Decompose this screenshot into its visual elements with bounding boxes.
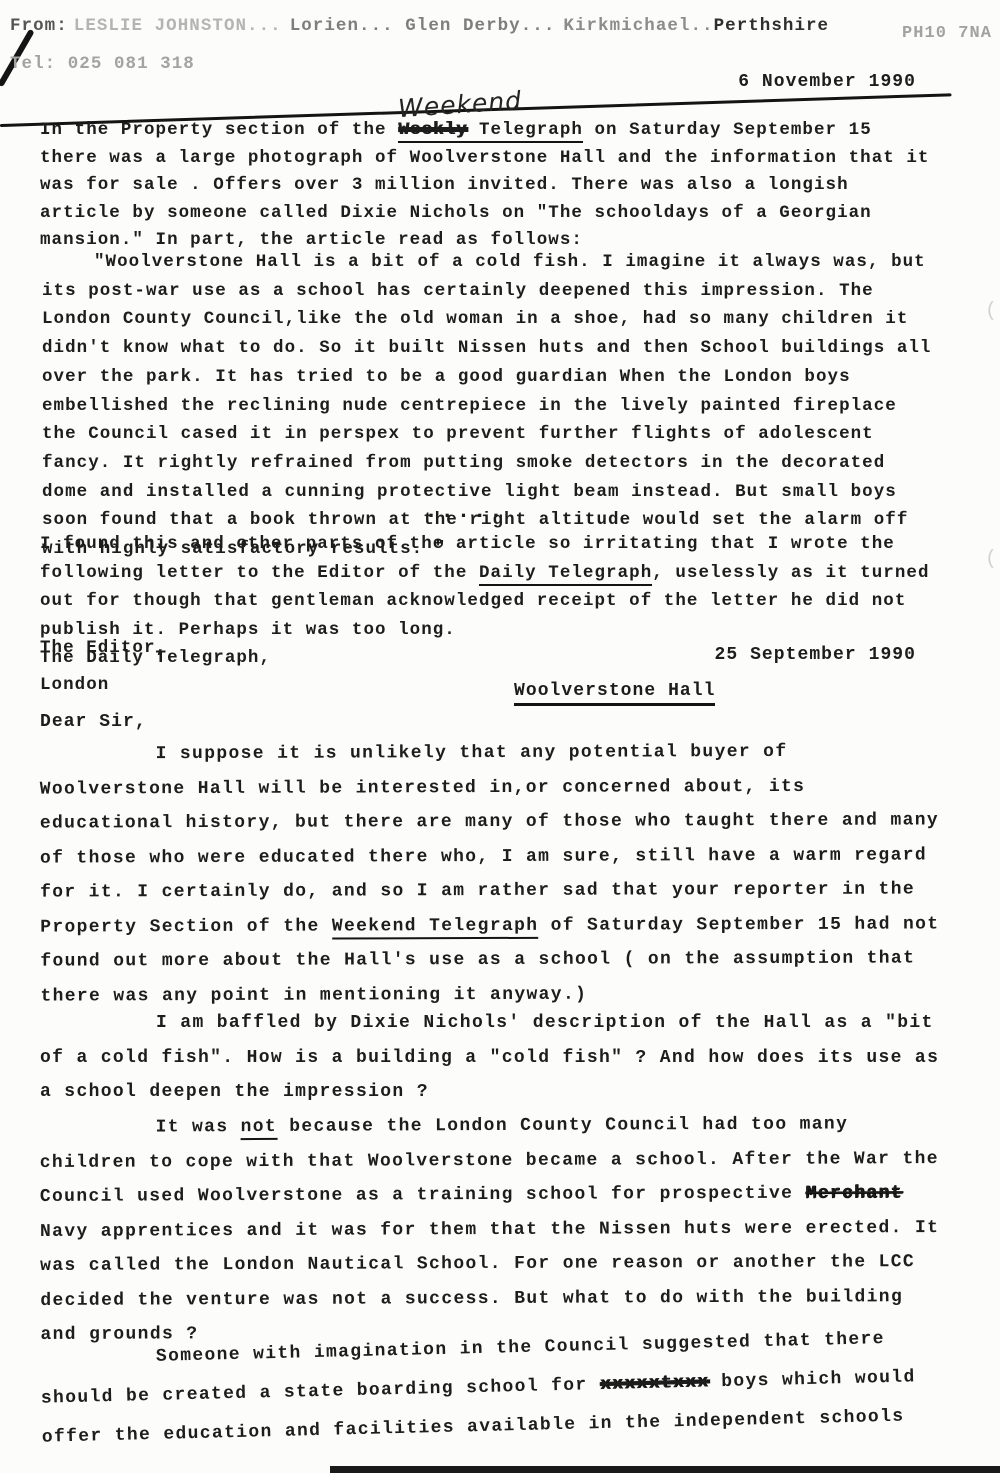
struck-word-weekly: Weekly [398, 120, 467, 140]
commentary-paragraph: I found this and other parts of the arti… [40, 530, 940, 644]
inner-letter-date: 25 September 1990 [715, 645, 916, 665]
body-paragraph-2: I am baffled by Dixie Nichols' descripti… [40, 1006, 940, 1110]
intro-text-pre: In the Property section of the [40, 120, 398, 140]
letter-subject-heading: Woolverstone Hall [514, 681, 715, 706]
body-paragraph-4: Someone with imagination in the Council … [40, 1319, 943, 1458]
body-paragraph-3: It was not because the London County Cou… [39, 1107, 940, 1352]
sender-name: LESLIE JOHNSTON... [74, 16, 282, 36]
sender-county: Perthshire [714, 16, 830, 36]
intro-text-rest: there was a large photograph of Woolvers… [40, 148, 929, 251]
scan-artifact-mark: ( [985, 548, 997, 571]
body-paragraph-1: I suppose it is unlikely that any potent… [40, 734, 941, 1013]
recipient-address: The Editor, The Daily Telegraph, London [40, 641, 460, 705]
from-label: From: [10, 16, 68, 36]
title-telegraph: Telegraph [479, 120, 583, 140]
recipient-line-city: London [40, 675, 109, 695]
sender-postcode: PH10 7NA [902, 24, 992, 43]
telephone-line: Tel: 025 081 318 [10, 54, 195, 74]
salutation: Dear Sir, [40, 712, 147, 732]
intro-text-after-title: on Saturday September 15 [583, 120, 872, 140]
sender-address-part1: Lorien... Glen Derby... [290, 16, 556, 36]
overstruck-merchant: Merchant [805, 1183, 902, 1203]
letterhead-from-line: From:LESLIE JOHNSTON...Lorien... Glen De… [10, 16, 829, 36]
recipient-line-paper: The Daily Telegraph, [40, 648, 271, 668]
underlined-not: not [241, 1117, 278, 1140]
dots-separator: ..... [0, 504, 930, 520]
underlined-weekend-telegraph: Weekend Telegraph [332, 915, 539, 939]
p1-pre: I suppose it is unlikely that any potent… [40, 742, 939, 937]
underlined-daily-telegraph: Daily Telegraph [479, 563, 652, 586]
scanned-letter-page: From:LESLIE JOHNSTON...Lorien... Glen De… [0, 0, 1000, 1473]
letter-date: 6 November 1990 [738, 72, 916, 92]
sender-address-part2: Kirkmichael.. [563, 16, 713, 36]
p4-pre: Someone with imagination in the Council … [41, 1329, 885, 1409]
crossed-out-word: xxxxxtxxx [600, 1372, 710, 1395]
intro-paragraph: In the Property section of the Weekly Te… [40, 117, 930, 255]
underlined-title: Weekly Telegraph [398, 120, 583, 143]
scan-artifact-mark: ( [985, 300, 997, 323]
p3-pre: It was [156, 1117, 241, 1137]
scan-edge-bar [330, 1466, 1000, 1473]
